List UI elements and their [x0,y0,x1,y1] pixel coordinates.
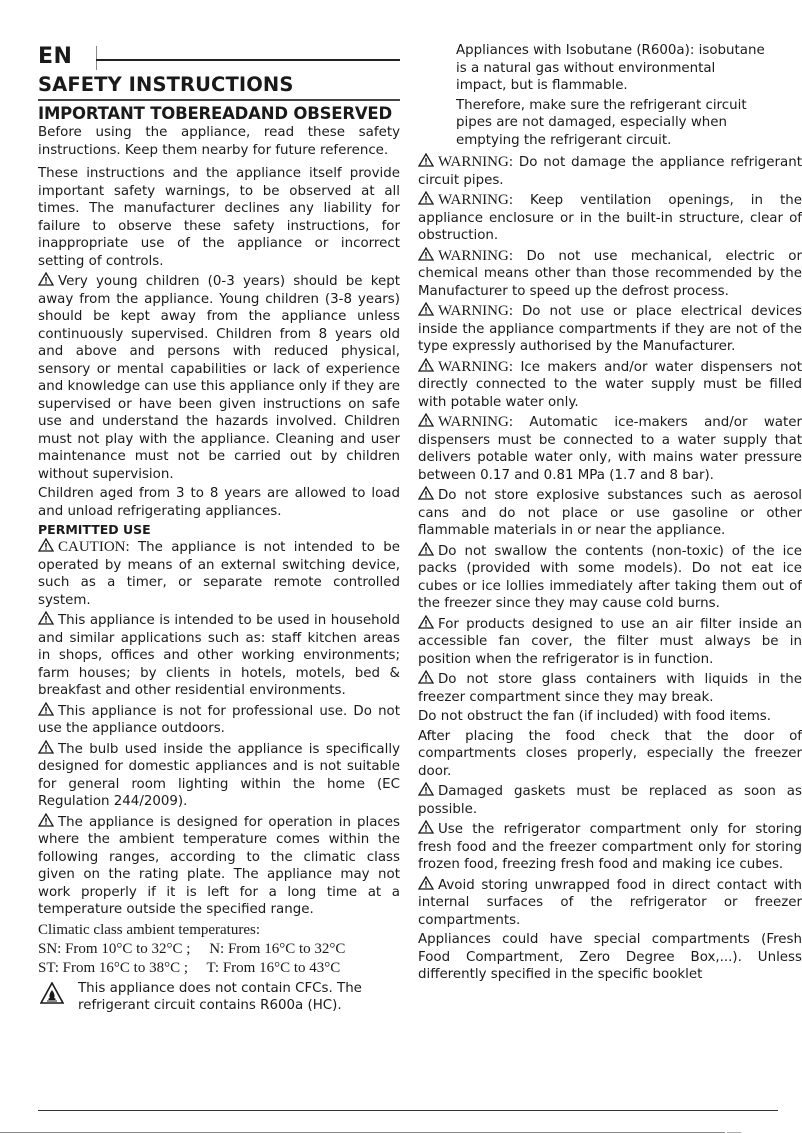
climatic-row: SN: From 10°C to 32°C ; N: From 16°C to … [38,940,400,959]
warning-defrost: WARNING: Do not use mechanical, electric… [418,247,802,301]
warning-triangle-icon [38,813,54,827]
warning-triangle-icon [418,153,434,167]
permitted-use-heading: PERMITTED USE [38,522,400,538]
children-load-paragraph: Children aged from 3 to 8 years are allo… [38,485,400,520]
bulb-warning: The bulb used inside the appliance is sp… [38,740,400,811]
warning-ventilation: WARNING: Keep ventilation openings, in t… [418,191,802,245]
warning-label: WARNING: [438,248,513,264]
ambient-warning: The appliance is designed for operation … [38,813,400,919]
page-bottom-tick [727,1132,741,1133]
climatic-row: ST: From 16°C to 38°C ; T: From 16°C to … [38,959,400,978]
warning-electrical: WARNING: Do not use or place electrical … [418,302,802,356]
isobutane-text-2: Therefore, make sure the refrigerant cir… [456,97,774,150]
warning-triangle-icon [418,876,434,890]
household-text: This appliance is intended to be used in… [38,613,400,698]
warning-pipes: WARNING: Do not damage the appliance ref… [418,153,802,189]
page-bottom-rule [0,1132,725,1133]
compartments-use-text: Use the refrigerator compartment only fo… [418,822,802,872]
bulb-text: The bulb used inside the appliance is sp… [38,742,400,810]
fan-paragraph: Do not obstruct the fan (if included) wi… [418,708,802,726]
language-code: EN [38,44,400,70]
caution-warning: CAUTION: The appliance is not intended t… [38,538,400,609]
warning-triangle-icon [418,782,434,796]
door-check-paragraph: After placing the food check that the do… [418,728,802,781]
right-column: Appliances with Isobutane (R600a): isobu… [418,42,802,986]
warning-triangle-icon [418,302,434,316]
warning-triangle-icon [418,670,434,684]
warning-triangle-icon [418,191,434,205]
glass-text: Do not store glass containers with liqui… [418,672,802,705]
gaskets-warning: Damaged gaskets must be replaced as soon… [418,782,802,818]
footer-rule [38,1110,778,1111]
isobutane-text-1: Appliances with Isobutane (R600a): isobu… [456,42,766,95]
children-text: Very young children (0-3 years) should b… [38,274,400,482]
warning-triangle-icon [418,820,434,834]
liability-paragraph: These instructions and the appliance its… [38,165,400,270]
warning-label: WARNING: [438,154,513,170]
warning-triangle-icon [418,615,434,629]
intro-paragraph: Before using the appliance, read these s… [38,124,400,159]
climatic-heading: Climatic class ambient temperatures: [38,921,400,940]
cfc-notice: This appliance does not contain CFCs. Th… [38,980,400,1015]
glass-warning: Do not store glass containers with liqui… [418,670,802,706]
compartments-use-warning: Use the refrigerator compartment only fo… [418,820,802,874]
warning-triangle-icon [418,542,434,556]
warning-triangle-icon [38,740,54,754]
warning-icemakers: WARNING: Ice makers and/or water dispens… [418,358,802,412]
warning-automatic: WARNING: Automatic ice-makers and/or wat… [418,413,802,484]
flammable-warning-icon [40,982,64,1004]
warning-triangle-icon [418,486,434,500]
explosive-warning: Do not store explosive substances such a… [418,486,802,540]
warning-label: WARNING: [438,359,513,375]
warning-triangle-icon [38,272,54,286]
warning-triangle-icon [418,358,434,372]
manual-page: EN SAFETY INSTRUCTIONS IMPORTANT TOBEREA… [0,0,802,1134]
warning-label: WARNING: [438,192,513,208]
professional-warning: This appliance is not for professional u… [38,702,400,738]
special-compartments-paragraph: Appliances could have special compartmen… [418,931,802,984]
caution-label: CAUTION: [58,539,130,555]
warning-triangle-icon [38,702,54,716]
isobutane-block: Appliances with Isobutane (R600a): isobu… [418,42,802,149]
warning-label: WARNING: [438,303,513,319]
page-title: SAFETY INSTRUCTIONS [38,72,400,98]
warning-label: WARNING: [438,414,513,430]
left-column: EN SAFETY INSTRUCTIONS IMPORTANT TOBEREA… [38,44,400,1017]
unwrapped-text: Avoid storing unwrapped food in direct c… [418,878,802,928]
warning-triangle-icon [418,413,434,427]
ice-packs-text: Do not swallow the contents (non-toxic) … [418,544,802,612]
ambient-text: The appliance is designed for operation … [38,815,400,918]
title-rule [38,99,400,101]
warning-triangle-icon [418,247,434,261]
gaskets-text: Damaged gaskets must be replaced as soon… [418,784,802,817]
professional-text: This appliance is not for professional u… [38,704,400,737]
ice-packs-warning: Do not swallow the contents (non-toxic) … [418,542,802,613]
section-subtitle: IMPORTANT TOBEREADAND OBSERVED [38,103,400,124]
warning-triangle-icon [38,538,54,552]
household-warning: This appliance is intended to be used in… [38,611,400,700]
air-filter-text: For products designed to use an air filt… [418,617,802,667]
air-filter-warning: For products designed to use an air filt… [418,615,802,669]
warning-triangle-icon [38,611,54,625]
children-warning: Very young children (0-3 years) should b… [38,272,400,483]
cfc-text: This appliance does not contain CFCs. Th… [78,980,400,1015]
explosive-text: Do not store explosive substances such a… [418,488,802,538]
unwrapped-warning: Avoid storing unwrapped food in direct c… [418,876,802,930]
climatic-table: Climatic class ambient temperatures: SN:… [38,921,400,978]
